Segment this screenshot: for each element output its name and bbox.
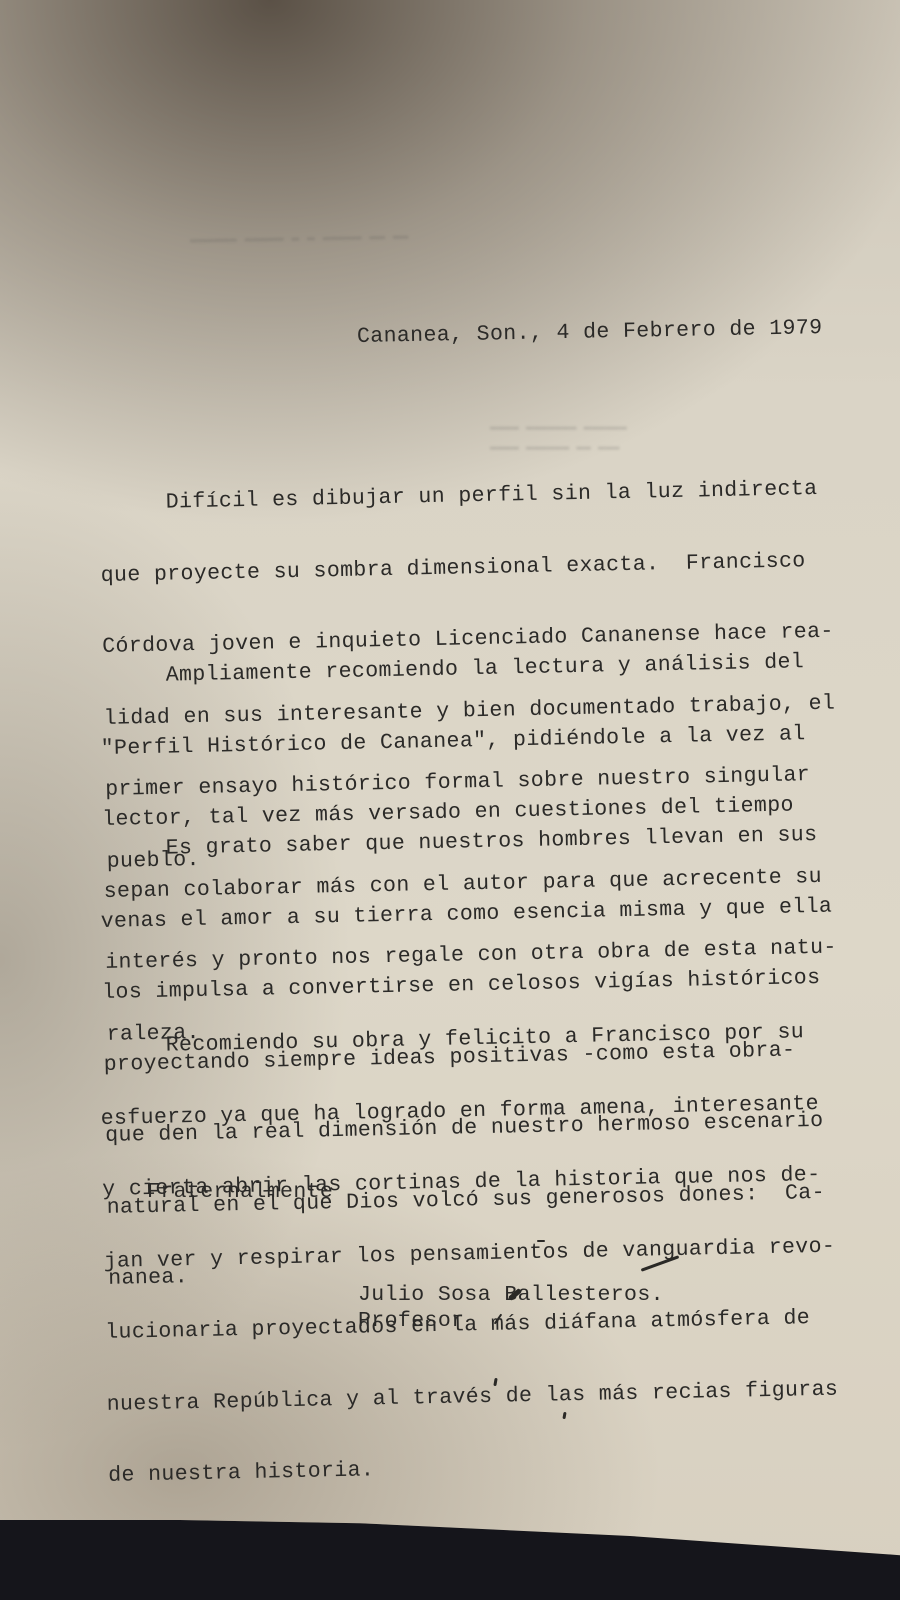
signature-ink-mark xyxy=(537,1240,545,1242)
paragraph-line: que proyecte su sombra dimensional exact… xyxy=(101,548,833,587)
paragraph-line: Recomiendo su obra y felicito a Francisc… xyxy=(99,1020,831,1059)
paragraph-line: de nuestra historia. xyxy=(108,1449,840,1488)
paragraph-line: nuestra República y al través de las más… xyxy=(106,1377,838,1416)
paragraph-4: Recomiendo su obra y felicito a Francisc… xyxy=(98,972,841,1536)
letter-date: Cananea, Son., 4 de Febrero de 1979 xyxy=(357,316,823,349)
paragraph-line: esfuerzo ya que ha logrado en forma amen… xyxy=(101,1091,833,1130)
closing-salutation: Fraternalmente xyxy=(147,1180,333,1204)
typewritten-letter-page: ▬▬▬▬▬▬ ▬▬▬▬▬ ▬ ▬ ▬▬▬▬▬ ▬▬ ▬▬ ▬▬▬▬ ▬▬▬▬▬▬… xyxy=(0,0,900,1600)
paragraph-line: "Perfil Histórico de Cananea", pidiéndol… xyxy=(101,721,833,760)
paragraph-line: venas el amor a su tierra como esencia m… xyxy=(101,894,833,933)
signature-title: Profesor xyxy=(358,1309,464,1333)
paragraph-line: Es grato saber que nuestros hombres llev… xyxy=(99,823,831,862)
paragraph-line: Ampliamente recomiendo la lectura y anál… xyxy=(99,650,831,689)
paragraph-line: Difícil es dibujar un perfil sin la luz … xyxy=(99,477,831,516)
bleed-through-text: ▬▬▬▬ ▬▬▬▬▬▬▬ ▬▬▬▬▬▬ xyxy=(490,420,627,434)
paragraph-line: jan ver y respirar los pensamientos de v… xyxy=(103,1234,835,1273)
bleed-through-text: ▬▬▬▬▬▬ ▬▬▬▬▬ ▬ ▬ ▬▬▬▬▬ ▬▬ ▬▬ xyxy=(190,228,409,247)
paragraph-line: lucionaria proyectados en la más diáfana… xyxy=(105,1306,837,1345)
